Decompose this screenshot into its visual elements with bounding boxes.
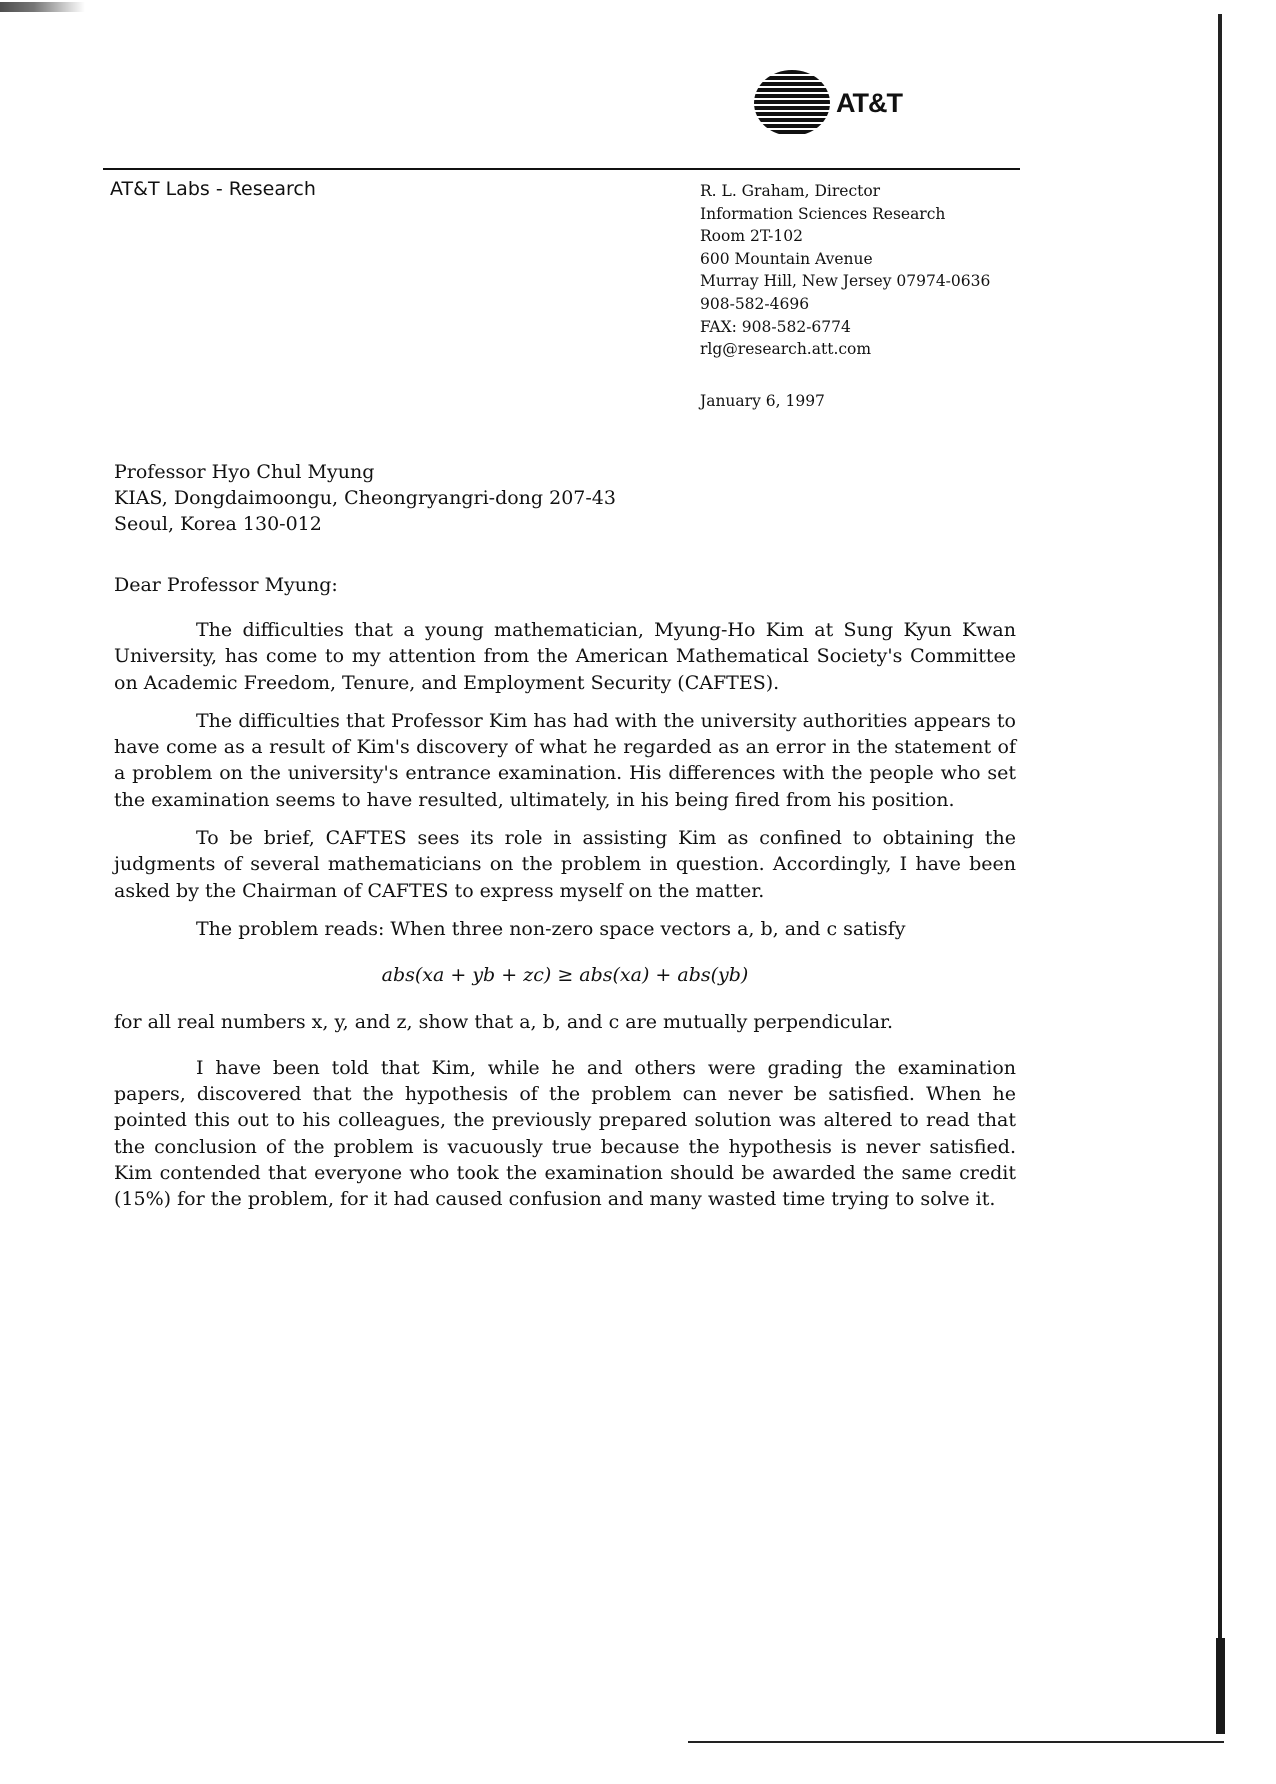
page-edge-shadow [1218,14,1222,1734]
att-globe-icon [754,70,830,136]
scan-artifact [0,2,85,12]
salutation: Dear Professor Myung: [114,574,338,596]
body-paragraph: The problem reads: When three non-zero s… [114,916,1016,942]
recipient-street: KIAS, Dongdaimoongu, Cheongryangri-dong … [114,485,616,511]
letterhead-rule [103,168,1020,170]
recipient-city: Seoul, Korea 130-012 [114,511,616,537]
sender-email: rlg@research.att.com [700,338,990,361]
sender-fax: FAX: 908-582-6774 [700,316,990,339]
att-logo: AT&T [754,70,902,136]
letter-body: The difficulties that a young mathematic… [114,617,1016,1225]
page-edge-shadow [1216,1638,1225,1734]
problem-equation: abs(xa + yb + zc) ≥ abs(xa) + abs(yb) [114,962,1016,988]
recipient-name: Professor Hyo Chul Myung [114,459,616,485]
sender-street: 600 Mountain Avenue [700,248,990,271]
sender-city: Murray Hill, New Jersey 07974-0636 [700,270,990,293]
sender-phone: 908-582-4696 [700,293,990,316]
recipient-address: Professor Hyo Chul Myung KIAS, Dongdaimo… [114,459,616,537]
logo-text: AT&T [836,88,902,119]
body-paragraph: I have been told that Kim, while he and … [114,1055,1016,1213]
body-paragraph: The difficulties that a young mathematic… [114,617,1016,696]
letter-date: January 6, 1997 [700,392,825,410]
sender-room: Room 2T-102 [700,225,990,248]
page-bottom-edge [688,1741,1224,1743]
sender-department: Information Sciences Research [700,203,990,226]
department-name: AT&T Labs - Research [110,178,316,200]
sender-address: R. L. Graham, Director Information Scien… [700,180,990,361]
sender-name: R. L. Graham, Director [700,180,990,203]
body-paragraph: To be brief, CAFTES sees its role in ass… [114,825,1016,904]
body-paragraph: The difficulties that Professor Kim has … [114,708,1016,813]
body-paragraph: for all real numbers x, y, and z, show t… [114,1009,1016,1035]
